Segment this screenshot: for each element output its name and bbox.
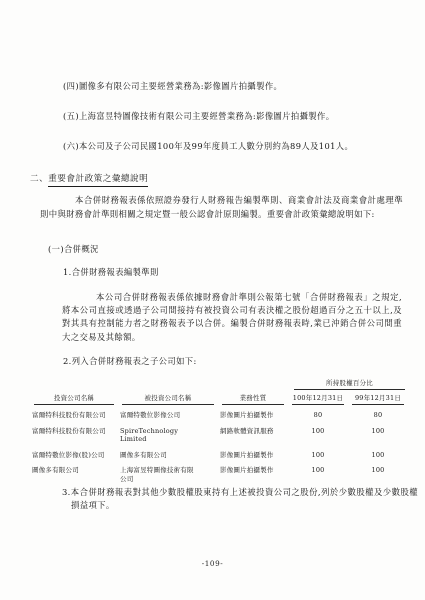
item-text: 本公司及子公司民國100年及99年度員工人數分別約為89人及101人。: [79, 141, 353, 151]
table-row-cell: 影像圖片拍攝製作: [218, 445, 288, 461]
column-header-investee: 被投資公司名稱: [122, 390, 214, 405]
table-row-cell: 上海富昱特圖像技術有限公司: [118, 460, 218, 484]
table-group-spacer: [30, 377, 288, 390]
table-row-cell: SpireTechnology Limited: [118, 421, 218, 445]
table-row-cell: 影像圖片拍攝製作: [218, 405, 288, 421]
table-row-cell: 圖像多有限公司: [30, 460, 118, 484]
point3-paragraph: 3.本合併財務報表對其他少數股權股東持有上述被投資公司之股份,列於少數股權及少數…: [62, 486, 418, 512]
section-intro-paragraph: 本合併財務報表係依照證券發行人財務報告編製準則、商業會計法及商業會計處理準則中與…: [40, 193, 403, 221]
table-row-cell: 80: [348, 405, 408, 421]
table-row-cell: 富爾特科技股份有限公司: [30, 421, 118, 445]
table-grid: 所持股權百分比 投資公司名稱 被投資公司名稱 業務性質 100年12月31日 9…: [30, 377, 408, 484]
point2-title: 2.列入合併財務報表之子公司如下:: [63, 355, 197, 367]
table-row-cell: 100: [288, 445, 348, 461]
list-item-6: (六)本公司及子公司民國100年及99年度員工人數分別約為89人及101人。: [63, 140, 413, 152]
table-row-cell: 網路軟體資訊服務: [218, 421, 288, 445]
document-page: (四)圖像多有限公司主要經營業務為:影像圖片拍攝製作。 (五)上海富昱特圖像技術…: [0, 0, 425, 600]
list-item-5: (五)上海富昱特圖像技術有限公司主要經營業務為:影像圖片拍攝製作。: [63, 110, 413, 122]
list-item-4: (四)圖像多有限公司主要經營業務為:影像圖片拍攝製作。: [63, 80, 413, 92]
column-header-business: 業務性質: [222, 390, 284, 405]
item-label: (五): [63, 111, 79, 121]
table-row-cell: 富爾特科技股份有限公司: [30, 405, 118, 421]
item-label: (四): [63, 81, 79, 91]
section-title: 重要會計政策之彙總說明: [48, 174, 148, 187]
table-row-cell: 富爾特數位影像(股)公司: [30, 445, 118, 461]
point1-title: 1.合併財務報表編製準則: [63, 266, 159, 278]
item-text: 上海富昱特圖像技術有限公司主要經營業務為:影像圖片拍攝製作。: [79, 111, 334, 121]
table-row-cell: 80: [288, 405, 348, 421]
point1-body-paragraph: 本公司合併財務報表係依據財務會計準則公報第七號「合併財務報表」之規定,將本公司直…: [62, 291, 402, 344]
table-row-cell: 100: [348, 421, 408, 445]
page-number: -109-: [0, 559, 425, 568]
item-text: 圖像多有限公司主要經營業務為:影像圖片拍攝製作。: [79, 81, 282, 91]
item-label: (六): [63, 141, 79, 151]
table-row-cell: 100: [288, 421, 348, 445]
column-header-date-100: 100年12月31日: [292, 390, 344, 405]
subsidiaries-table: 所持股權百分比 投資公司名稱 被投資公司名稱 業務性質 100年12月31日 9…: [30, 377, 408, 484]
table-row-cell: 100: [288, 460, 348, 484]
column-header-date-99: 99年12月31日: [352, 390, 404, 405]
table-row-cell: 100: [348, 460, 408, 484]
table-row-cell: 100: [348, 445, 408, 461]
subsection-label: (一)合併概況: [48, 243, 99, 255]
section-heading: 二、重要會計政策之彙總說明: [30, 172, 148, 184]
table-row-cell: 影像圖片拍攝製作: [218, 460, 288, 484]
column-header-investor: 投資公司名稱: [34, 390, 114, 405]
table-row-cell: 富爾特數位影像公司: [118, 405, 218, 421]
section-number: 二、: [30, 174, 48, 184]
table-row-cell: 圖像多有限公司: [118, 445, 218, 461]
table-group-header: 所持股權百分比: [294, 377, 405, 390]
